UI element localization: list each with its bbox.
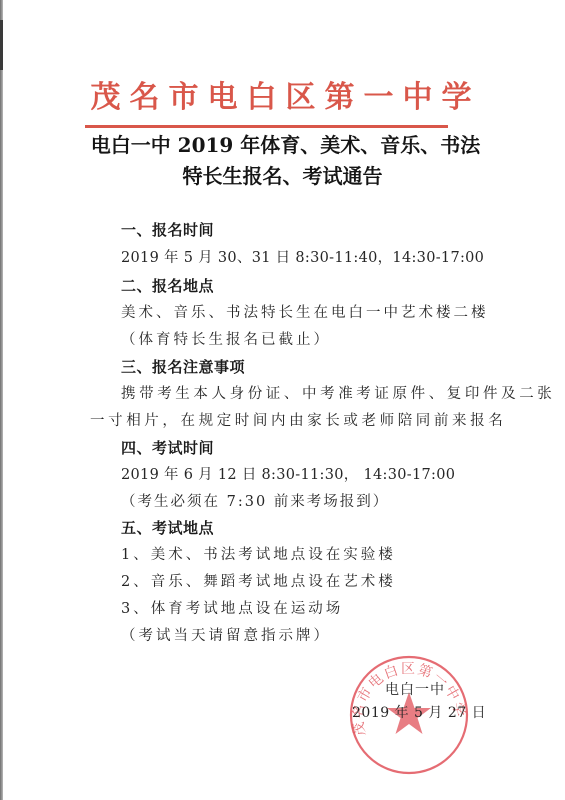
exam-location-item-3: 3、体育考试地点设在运动场 bbox=[121, 598, 343, 620]
document-title-line-2: 特长生报名、考试通告 bbox=[0, 162, 565, 190]
scan-edge-shadow bbox=[0, 20, 3, 70]
exam-time-text: 2019 年 6 月 12 日 8:30-11:30， 14:30-17:00 bbox=[121, 464, 455, 486]
signature-date: 2019 年 5 月 27 日 bbox=[352, 703, 486, 723]
scan-edge bbox=[0, 0, 3, 800]
section-heading-exam-time: 四、考试时间 bbox=[121, 437, 214, 459]
section-heading-registration-time: 一、报名时间 bbox=[121, 219, 214, 241]
signature-organization: 电白一中 bbox=[385, 680, 445, 700]
organization-letterhead: 茂名市电白区第一中学 bbox=[0, 78, 565, 118]
registration-location-note: （体育特长生报名已截止） bbox=[121, 329, 331, 351]
document-title-line-1: 电白一中 2019 年体育、美术、音乐、书法 bbox=[0, 131, 565, 159]
section-heading-exam-location: 五、考试地点 bbox=[121, 517, 214, 539]
section-heading-registration-location: 二、报名地点 bbox=[121, 275, 214, 297]
section-heading-registration-notes: 三、报名注意事项 bbox=[121, 356, 245, 378]
registration-location-text: 美术、音乐、书法特长生在电白一中艺术楼二楼 bbox=[121, 302, 489, 324]
registration-notes-text-1: 携带考生本人身份证、中考准考证原件、复印件及二张 bbox=[121, 383, 555, 405]
exam-location-item-2: 2、音乐、舞蹈考试地点设在艺术楼 bbox=[121, 571, 396, 593]
letterhead-red-rule bbox=[85, 125, 448, 128]
registration-time-text: 2019 年 5 月 30、31 日 8:30-11:40，14:30-17:0… bbox=[121, 247, 484, 269]
exam-location-item-1: 1、美术、书法考试地点设在实验楼 bbox=[121, 544, 396, 566]
exam-time-note: （考生必须在 7:30 前来考场报到） bbox=[121, 491, 389, 513]
registration-notes-text-2: 一寸相片，在规定时间内由家长或老师陪同前来报名 bbox=[90, 410, 506, 432]
exam-location-note: （考试当天请留意指示牌） bbox=[121, 625, 331, 647]
